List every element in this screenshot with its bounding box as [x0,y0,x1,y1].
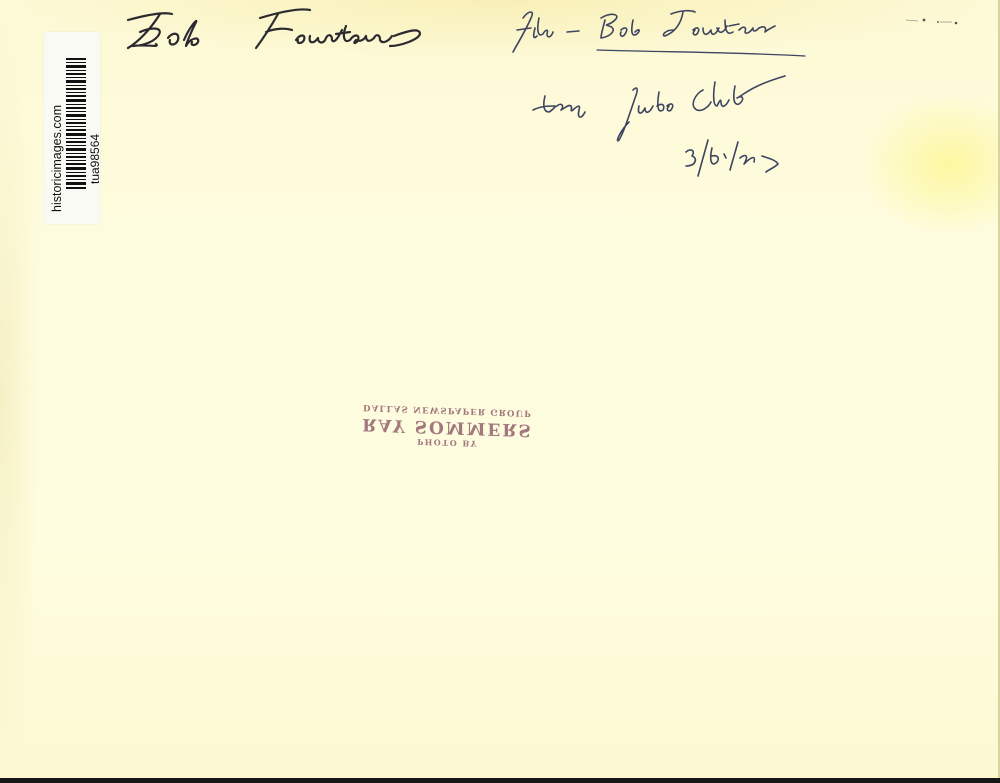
note-file-handwriting: file - Bob Fountain [505,0,815,60]
barcode-label: historicimages.com tua98564 [44,32,100,224]
paper-specks [900,8,970,28]
scan-bottom-edge [0,778,1000,783]
signature-handwriting: Bob Fountain [120,0,470,60]
note-date-handwriting: 3/31/73 [680,128,790,180]
photographer-stamp: PHOTO BY RAY SOMMERS DALLAS NEWSPAPER GR… [330,372,565,444]
barcode-id-text: tua98564 [88,134,102,184]
photo-back-paper: historicimages.com tua98564 Bob Fountain… [0,0,1000,778]
barcode-site-text: historicimages.com [50,105,64,212]
